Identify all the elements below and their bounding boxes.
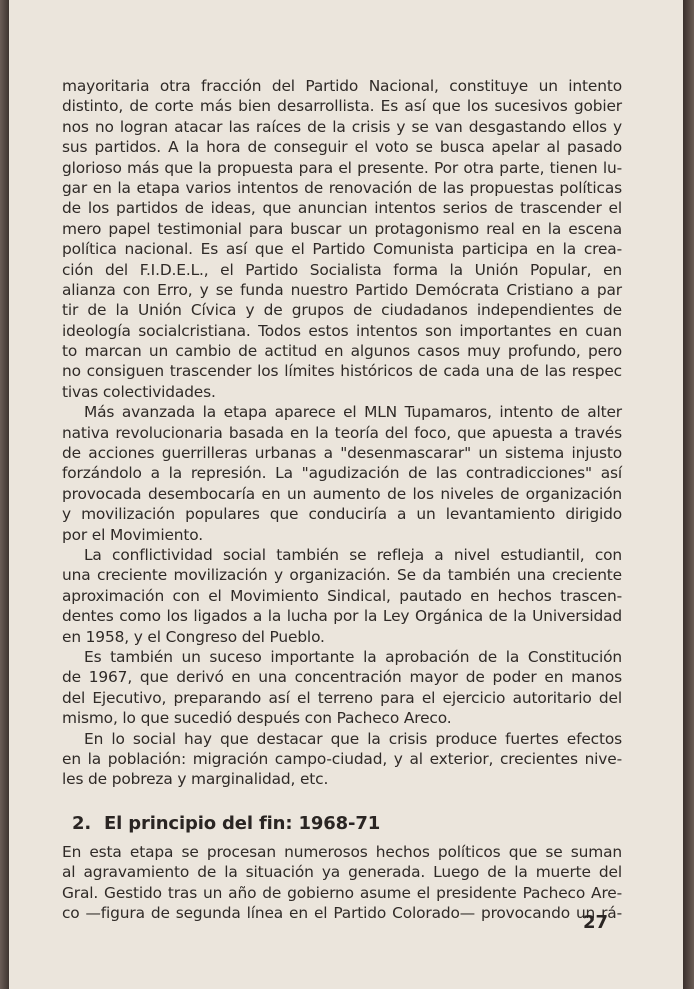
text-line: ción del F.I.D.E.L., el Partido Socialis… <box>62 260 622 280</box>
text-line: política nacional. Es así que el Partido… <box>62 239 622 259</box>
text-line: del Ejecutivo, preparando así el terreno… <box>62 688 622 708</box>
text-line: mayoritaria otra fracción del Partido Na… <box>62 76 622 96</box>
paragraph-5: En lo social hay que destacar que la cri… <box>62 729 622 790</box>
text-line: provocada desembocaría en un aumento de … <box>62 484 622 504</box>
text-line: tir de la Unión Cívica y de grupos de ci… <box>62 300 622 320</box>
paragraph-2: Más avanzada la etapa aparece el MLN Tup… <box>62 402 622 545</box>
section-heading: 2.El principio del fin: 1968-71 <box>62 814 622 834</box>
text-line: al agravamiento de la situación ya gener… <box>62 862 622 882</box>
text-line: les de pobreza y marginalidad, etc. <box>62 769 622 789</box>
text-line: de 1967, que derivó en una concentración… <box>62 667 622 687</box>
section-number: 2. <box>72 814 104 834</box>
text-line: La conflictividad social también se refl… <box>62 545 622 565</box>
text-line: dentes como los ligados a la lucha por l… <box>62 606 622 626</box>
text-line: to marcan un cambio de actitud en alguno… <box>62 341 622 361</box>
text-line: forzándolo a la represión. La "agudizaci… <box>62 463 622 483</box>
text-line: en 1958, y el Congreso del Pueblo. <box>62 627 622 647</box>
text-line: aproximación con el Movimiento Sindical,… <box>62 586 622 606</box>
text-line: En lo social hay que destacar que la cri… <box>62 729 622 749</box>
text-line: alianza con Erro, y se funda nuestro Par… <box>62 280 622 300</box>
text-line: Es también un suceso importante la aprob… <box>62 647 622 667</box>
section-paragraph: En esta etapa se procesan numerosos hech… <box>62 842 622 924</box>
text-line: En esta etapa se procesan numerosos hech… <box>62 842 622 862</box>
body-text: mayoritaria otra fracción del Partido Na… <box>62 76 622 924</box>
text-line: no consiguen trascender los límites hist… <box>62 361 622 381</box>
text-line: Gral. Gestido tras un año de gobierno as… <box>62 883 622 903</box>
page-edge-shadow <box>683 0 694 989</box>
text-line: glorioso más que la propuesta para el pr… <box>62 158 622 178</box>
text-line: nativa revolucionaria basada en la teorí… <box>62 423 622 443</box>
text-line: ideología socialcristiana. Todos estos i… <box>62 321 622 341</box>
section-title: El principio del fin: 1968-71 <box>104 813 380 834</box>
paragraph-1: mayoritaria otra fracción del Partido Na… <box>62 76 622 402</box>
text-line: por el Movimiento. <box>62 525 622 545</box>
text-line: una creciente movilización y organizació… <box>62 565 622 585</box>
text-line: en la población: migración campo-ciudad,… <box>62 749 622 769</box>
text-line: sus partidos. A la hora de conseguir el … <box>62 137 622 157</box>
text-line: de los partidos de ideas, que anuncian i… <box>62 198 622 218</box>
text-line: mero papel testimonial para buscar un pr… <box>62 219 622 239</box>
text-line: y movilización populares que conduciría … <box>62 504 622 524</box>
text-line: nos no logran atacar las raíces de la cr… <box>62 117 622 137</box>
text-line: mismo, lo que sucedió después con Pachec… <box>62 708 622 728</box>
paragraph-3: La conflictividad social también se refl… <box>62 545 622 647</box>
text-line: tivas colectividades. <box>62 382 622 402</box>
book-spine-shadow <box>0 0 9 989</box>
text-line: distinto, de corte más bien desarrollist… <box>62 96 622 116</box>
text-line: Más avanzada la etapa aparece el MLN Tup… <box>62 402 622 422</box>
text-line: de acciones guerrilleras urbanas a "dese… <box>62 443 622 463</box>
page-number: 27 <box>583 912 608 933</box>
paragraph-4: Es también un suceso importante la aprob… <box>62 647 622 729</box>
text-line: gar en la etapa varios intentos de renov… <box>62 178 622 198</box>
text-line: co —figura de segunda línea en el Partid… <box>62 903 622 923</box>
